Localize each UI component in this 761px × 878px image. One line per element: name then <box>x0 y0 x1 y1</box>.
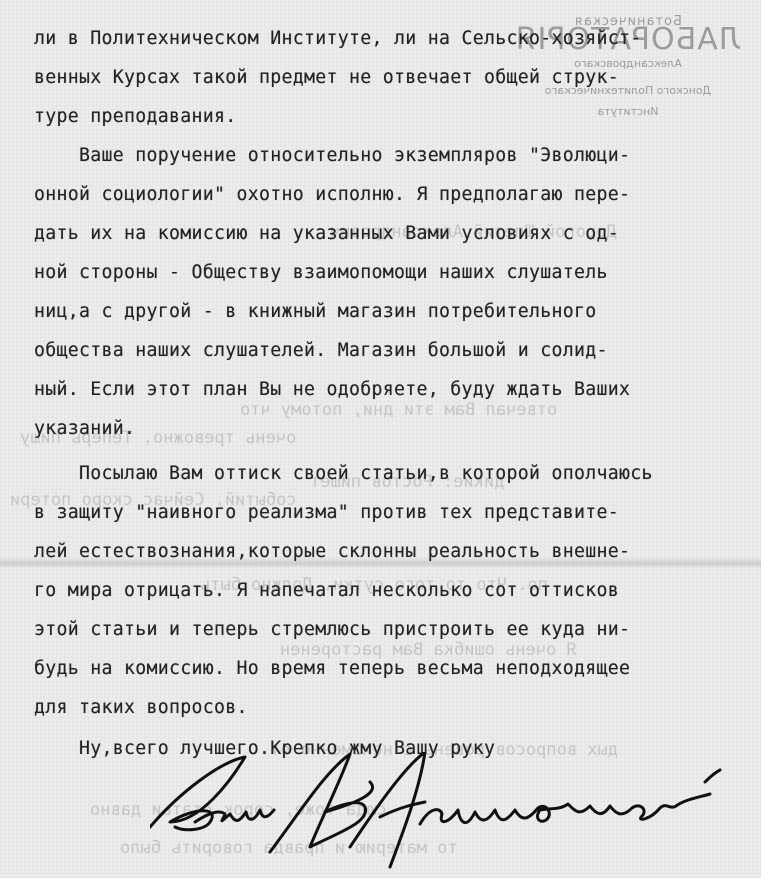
text-line: Посылаю Вам оттиск своей статьи,в которо… <box>34 463 653 484</box>
text-line: общества наших слушателей. Магазин больш… <box>34 340 608 361</box>
text-line: онной социологии" охотно исполню. Я пред… <box>34 184 630 205</box>
handwritten-signature <box>150 752 761 872</box>
text-line: венных Курсах такой предмет не отвечает … <box>34 67 619 88</box>
text-line: этой статьи и теперь стремлюсь пристроит… <box>34 619 630 640</box>
text-line: будь на комиссию. Но время теперь весьма… <box>34 658 630 679</box>
bleed-through-text: Я очень ошибка Вам расторенен <box>280 640 577 660</box>
text-line: лей естествознания,которые склонны реаль… <box>34 541 630 562</box>
scanned-letter-page: Дорогой Шпетий Александрович отвечал Вам… <box>0 0 761 878</box>
text-line: туре преподавания. <box>34 106 237 127</box>
text-line: ной стороны - Обществу взаимопомощи наши… <box>34 262 608 283</box>
text-line: дать их на комиссию на указанных Вами ус… <box>34 223 619 244</box>
text-line: Ваше поручение относительно экземпляров … <box>34 145 630 166</box>
text-line: ный. Если этот план Вы не одобряете, буд… <box>34 379 630 400</box>
stamp-line: Института <box>508 105 748 118</box>
bleed-through-text: отвечал Вам эти дни, потому что <box>240 400 557 420</box>
text-line: в защиту "наивного реализма" против тех … <box>34 502 619 523</box>
signature-scribble-icon <box>150 752 761 872</box>
text-line: для таких вопросов. <box>34 697 248 718</box>
text-line: указаний. <box>34 418 135 439</box>
text-line: ли в Политехническом Институте, ли на Се… <box>34 28 642 49</box>
text-line: ниц,а с другой - в книжный магазин потре… <box>34 301 597 322</box>
text-line: го мира отрицать. Я напечатал несколько … <box>34 580 619 601</box>
